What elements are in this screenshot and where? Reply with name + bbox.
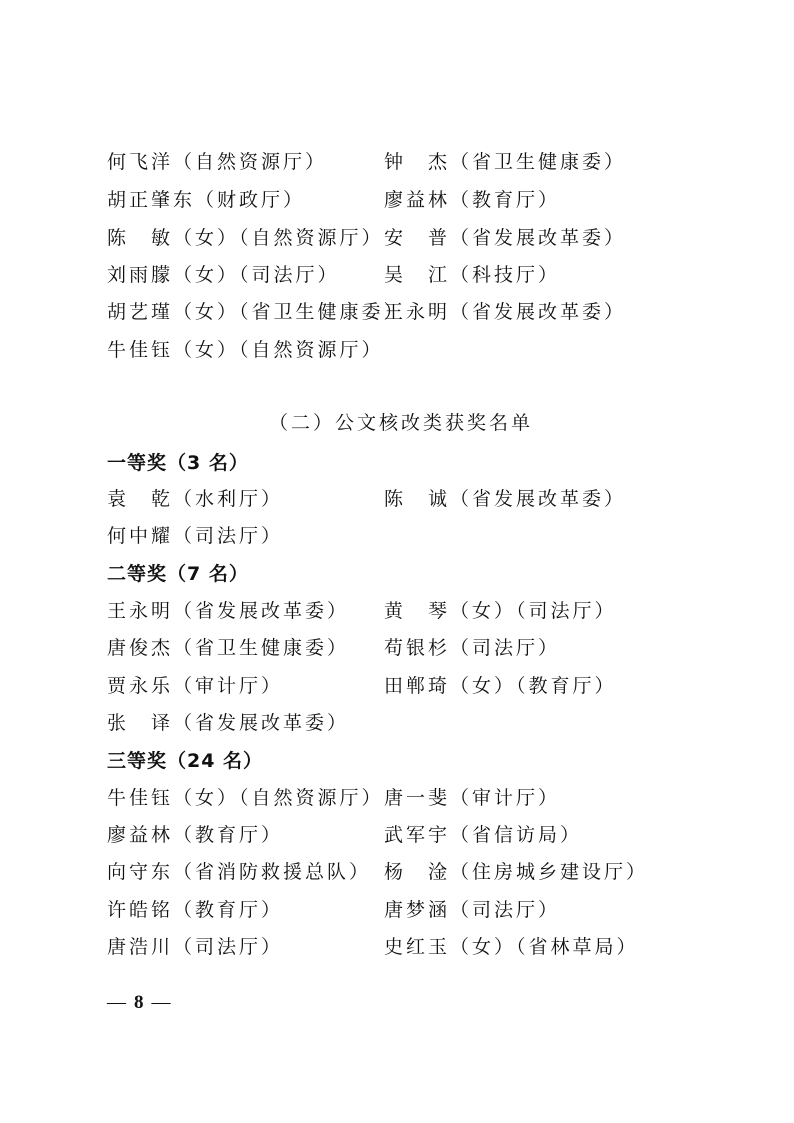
name-row: 何中耀（司法厅） (107, 521, 707, 551)
name-row: 牛佳钰（女）（自然资源厅） 唐一斐（审计厅） (107, 783, 707, 813)
awardee-left: 胡正肇东（财政厅） (107, 185, 305, 215)
awardee-left: 王永明（省发展改革委） (107, 596, 349, 626)
awardee-left: 胡艺瑾（女）（省卫生健康委） (107, 297, 406, 327)
name-row: 刘雨朦（女）（司法厅） 吴 江（科技厅） (107, 260, 707, 290)
awardee-right: 唐梦涵（司法厅） (384, 895, 560, 925)
name-row: 陈 敏（女）（自然资源厅） 安 普（省发展改革委） (107, 223, 707, 253)
name-row: 何飞洋（自然资源厅） 钟 杰（省卫生健康委） (107, 147, 707, 177)
name-row: 王永明（省发展改革委） 黄 琴（女）（司法厅） (107, 596, 707, 626)
awardee-left: 贾永乐（审计厅） (107, 671, 283, 701)
awardee-left: 许皓铭（教育厅） (107, 895, 283, 925)
awardee-right: 廖益林（教育厅） (384, 185, 560, 215)
awardee-left: 张 译（省发展改革委） (107, 708, 349, 738)
awardee-right: 黄 琴（女）（司法厅） (384, 596, 617, 626)
name-row: 牛佳钰（女）（自然资源厅） (107, 335, 707, 365)
awardee-left: 牛佳钰（女）（自然资源厅） (107, 783, 384, 813)
name-row: 廖益林（教育厅） 武军宇（省信访局） (107, 820, 707, 850)
awardee-left: 袁 乾（水利厅） (107, 484, 283, 514)
awardee-right: 杨 淦（住房城乡建设厅） (384, 857, 648, 887)
page-number-value: 8 (134, 992, 144, 1013)
awardee-right: 吴 江（科技厅） (384, 260, 560, 290)
section-title: （二）公文核改类获奖名单 (0, 408, 794, 438)
awardee-left: 向守东（省消防救援总队） (107, 857, 371, 887)
awardee-left: 廖益林（教育厅） (107, 820, 283, 850)
awardee-left: 唐俊杰（省卫生健康委） (107, 633, 349, 663)
name-row: 唐俊杰（省卫生健康委） 苟银杉（司法厅） (107, 633, 707, 663)
awardee-right: 武军宇（省信访局） (384, 820, 582, 850)
awardee-left: 陈 敏（女）（自然资源厅） (107, 223, 384, 253)
name-row: 向守东（省消防救援总队） 杨 淦（住房城乡建设厅） (107, 857, 707, 887)
third-prize-heading: 三等奖（24 名） (107, 746, 263, 776)
awardee-left: 唐浩川（司法厅） (107, 932, 283, 962)
name-row: 许皓铭（教育厅） 唐梦涵（司法厅） (107, 895, 707, 925)
page-number: —8— (107, 988, 171, 1018)
awardee-right: 安 普（省发展改革委） (384, 223, 626, 253)
first-prize-heading: 一等奖（3 名） (107, 448, 249, 478)
name-row: 唐浩川（司法厅） 史红玉（女）（省林草局） (107, 932, 707, 962)
awardee-right: 王永明（省发展改革委） (384, 297, 626, 327)
awardee-right: 田郸琦（女）（教育厅） (384, 671, 617, 701)
second-prize-heading: 二等奖（7 名） (107, 559, 249, 589)
awardee-right: 唐一斐（审计厅） (384, 783, 560, 813)
awardee-right: 苟银杉（司法厅） (384, 633, 560, 663)
awardee-left: 牛佳钰（女）（自然资源厅） (107, 335, 384, 365)
awardee-left: 何飞洋（自然资源厅） (107, 147, 327, 177)
awardee-right: 史红玉（女）（省林草局） (384, 932, 639, 962)
name-row: 胡正肇东（财政厅） 廖益林（教育厅） (107, 185, 707, 215)
page-dash-left: — (107, 992, 126, 1013)
name-row: 张 译（省发展改革委） (107, 708, 707, 738)
name-row: 袁 乾（水利厅） 陈 诚（省发展改革委） (107, 484, 707, 514)
awardee-left: 刘雨朦（女）（司法厅） (107, 260, 340, 290)
awardee-right: 陈 诚（省发展改革委） (384, 484, 626, 514)
name-row: 胡艺瑾（女）（省卫生健康委） 王永明（省发展改革委） (107, 297, 707, 327)
name-row: 贾永乐（审计厅） 田郸琦（女）（教育厅） (107, 671, 707, 701)
awardee-right: 钟 杰（省卫生健康委） (384, 147, 626, 177)
awardee-left: 何中耀（司法厅） (107, 521, 283, 551)
page-dash-right: — (152, 992, 171, 1013)
